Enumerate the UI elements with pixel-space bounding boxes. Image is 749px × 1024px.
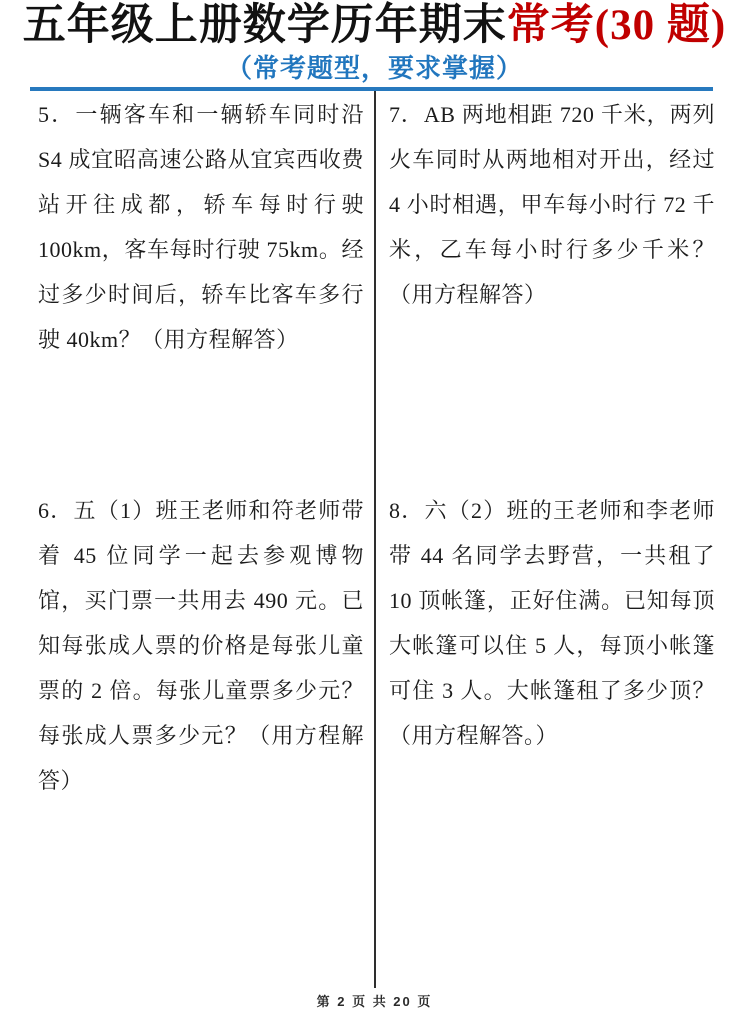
page-number-footer: 第 2 页 共 20 页 xyxy=(0,991,749,1010)
header-rule-line xyxy=(30,87,713,91)
worksheet-page: 五年级上册数学历年期末常考(30 题) （常考题型，要求掌握） 5．一辆客车和一… xyxy=(0,0,749,1024)
question-7: 7．AB 两地相距 720 千米，两列火车同时从两地相对开出，经过 4 小时相遇… xyxy=(389,92,715,317)
question-8: 8．六（2）班的王老师和李老师带 44 名同学去野营，一共租了 10 顶帐篷，正… xyxy=(389,488,715,758)
page-title: 五年级上册数学历年期末常考(30 题) xyxy=(0,0,749,52)
page-title-highlight: 常考(30 题) xyxy=(507,2,726,49)
page-subtitle: （常考题型，要求掌握） xyxy=(0,52,749,86)
page-title-main: 五年级上册数学历年期末 xyxy=(23,2,507,49)
column-divider-line xyxy=(374,91,376,988)
question-6: 6．五（1）班王老师和符老师带着 45 位同学一起去参观博物馆，买门票一共用去 … xyxy=(38,488,364,803)
question-5: 5．一辆客车和一辆轿车同时沿 S4 成宜昭高速公路从宜宾西收费站开往成都，轿车每… xyxy=(38,92,364,362)
